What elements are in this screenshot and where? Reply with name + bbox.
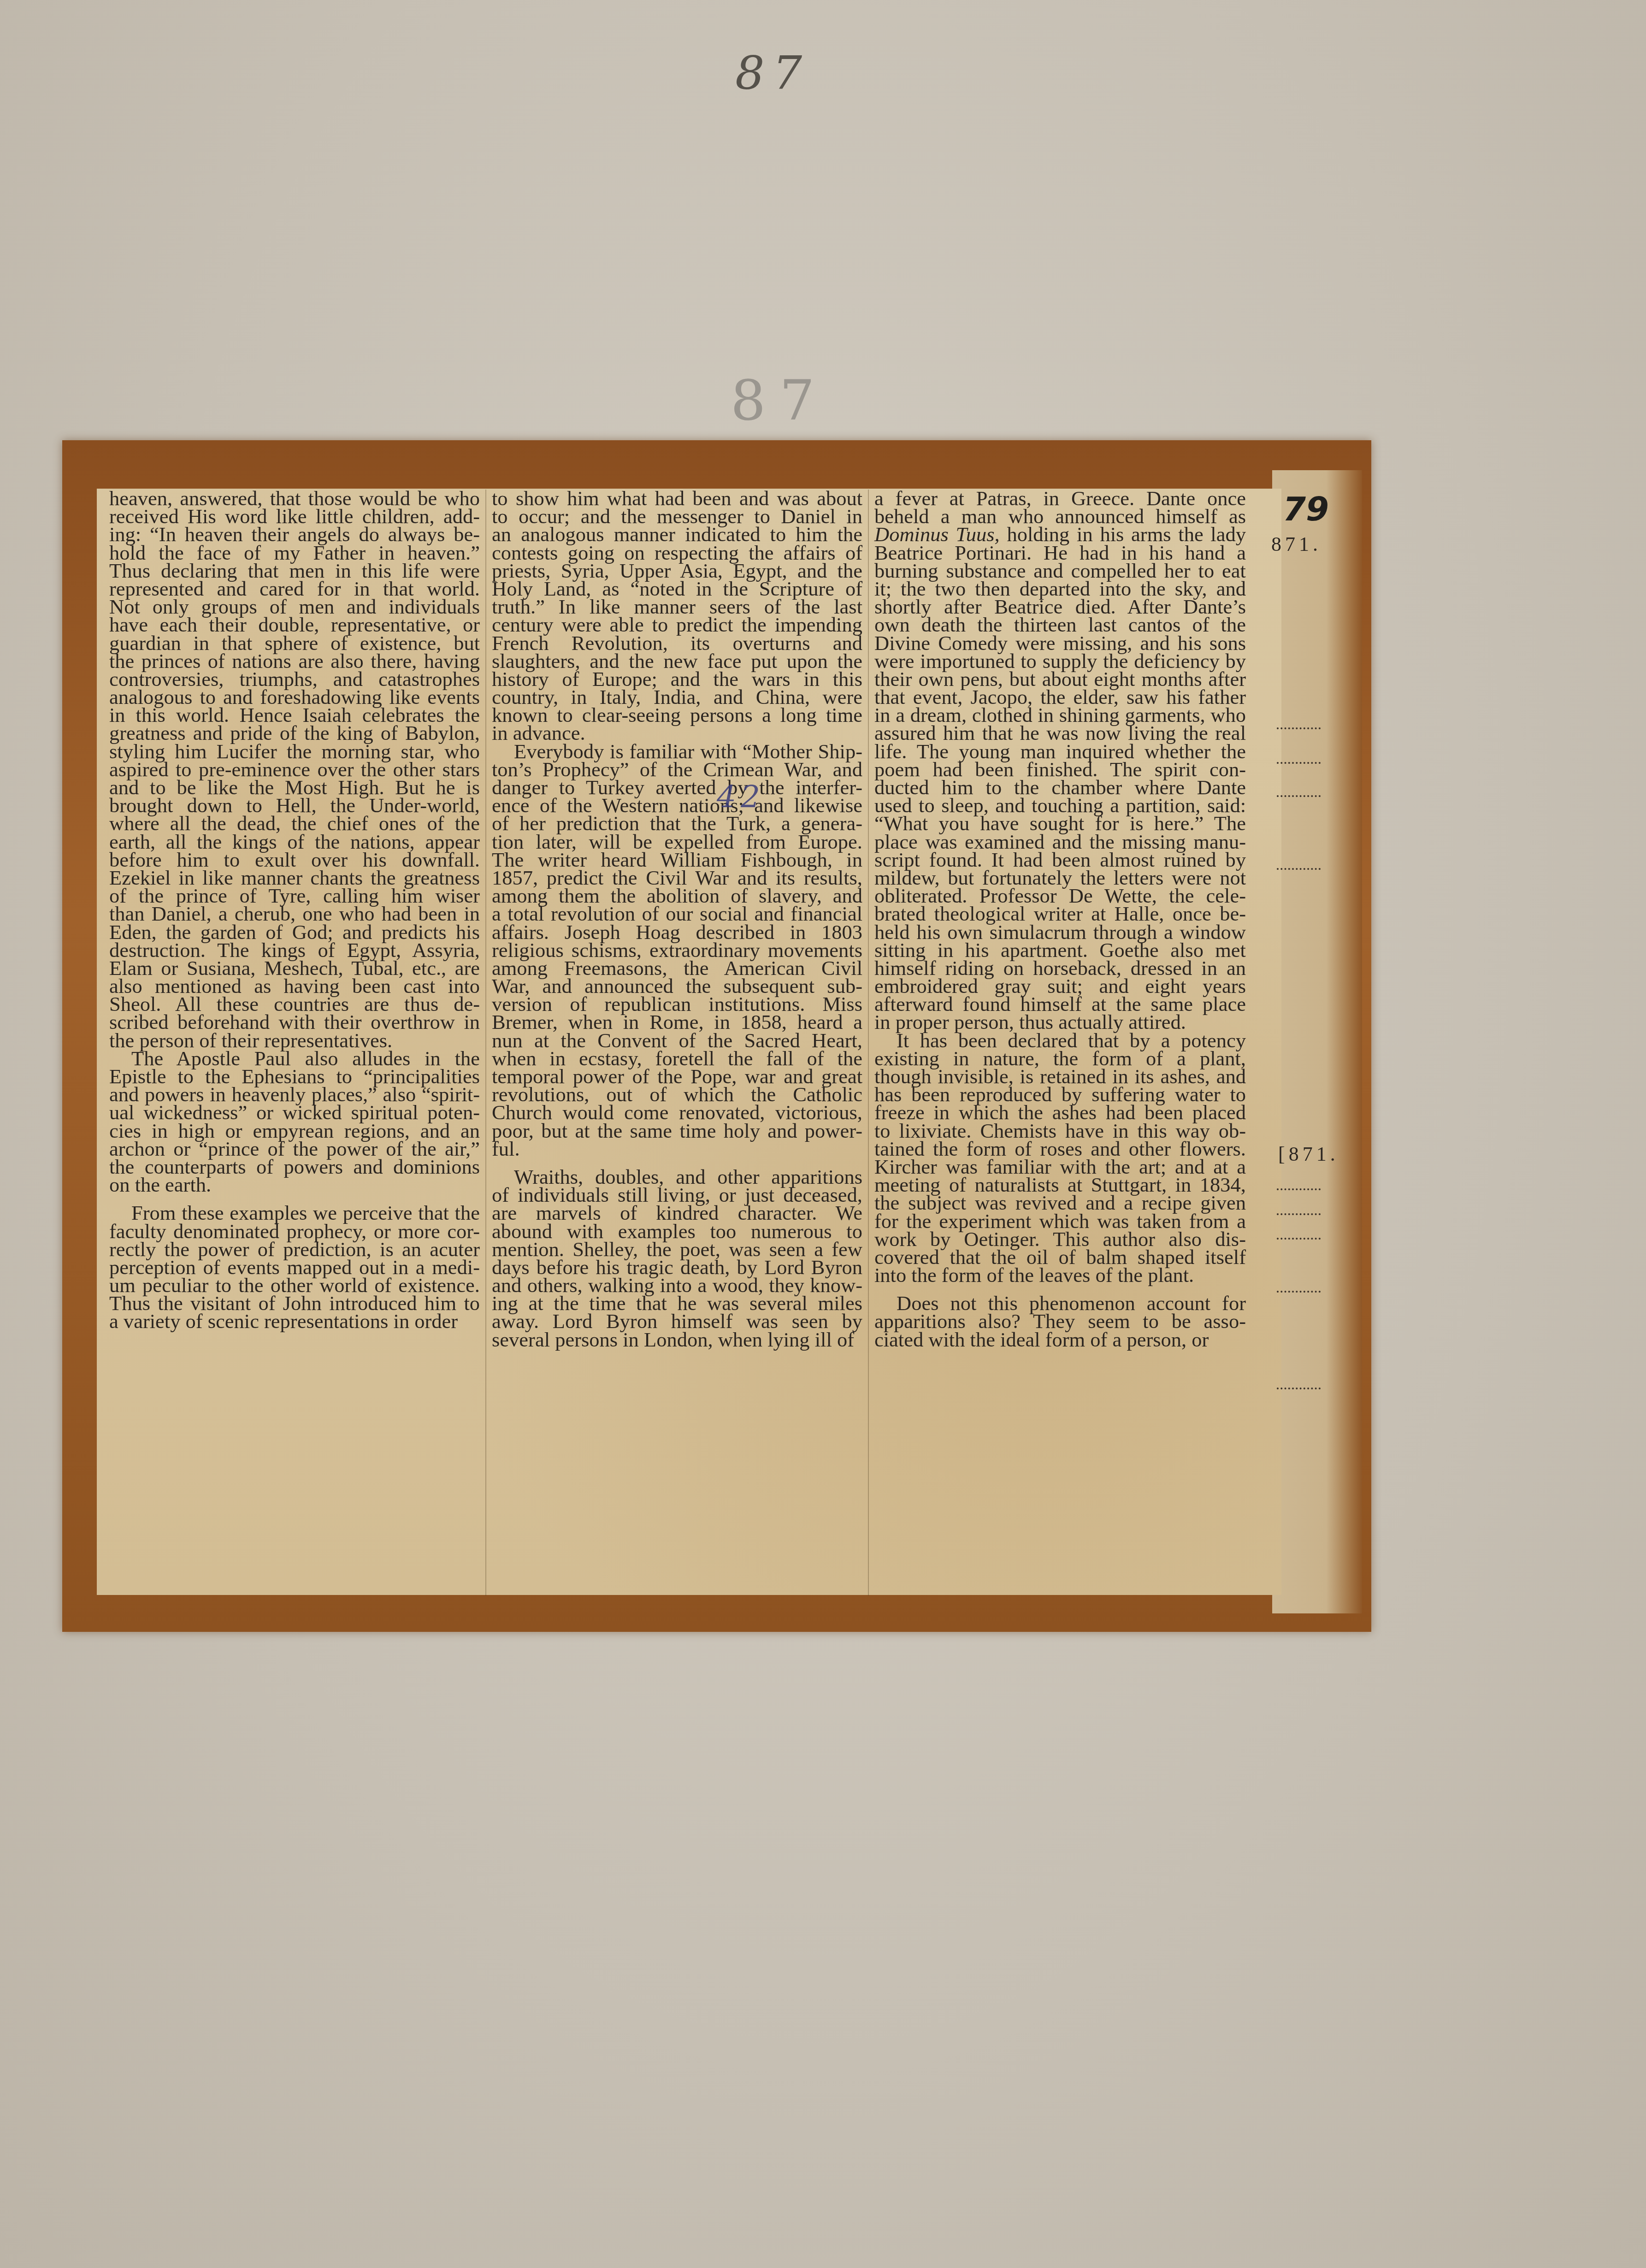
dotted-leader <box>1277 1238 1321 1240</box>
pencil-page-number: 87 <box>735 46 810 100</box>
column-1: heaven, answered, that those would be wh… <box>104 490 486 1596</box>
text-line: into the form of the leaves of the plant… <box>874 1266 1246 1284</box>
dotted-leader <box>1277 1213 1321 1215</box>
text-line: on the earth. <box>109 1176 480 1194</box>
margin-year-mark: 871. <box>1271 532 1322 556</box>
text-line: ciated with the ideal form of a person, … <box>874 1331 1246 1349</box>
margin-strip <box>1272 470 1362 1613</box>
dotted-leader <box>1277 1291 1321 1293</box>
margin-year-mark: [871. <box>1278 1142 1339 1166</box>
column-2: to show him what had been and was aboutt… <box>486 490 869 1596</box>
text-line: ful. <box>492 1140 862 1158</box>
dotted-leader <box>1277 868 1321 870</box>
dotted-leader <box>1277 795 1321 797</box>
text-line: several persons in London, when lying il… <box>492 1331 862 1349</box>
dotted-leader <box>1277 727 1321 729</box>
margin-handwritten-number: 79 <box>1283 490 1329 528</box>
text-line: a variety of scenic representations in o… <box>109 1312 480 1330</box>
handwritten-ink-number: 42 <box>717 779 765 815</box>
dotted-leader <box>1277 1188 1321 1190</box>
faint-pencil-page-number: 87 <box>731 369 829 433</box>
dotted-leader <box>1277 762 1321 764</box>
text-line: poor, but at the same time holy and powe… <box>492 1122 862 1140</box>
column-3: a fever at Patras, in Greece. Dante once… <box>869 490 1251 1596</box>
dotted-leader <box>1277 1388 1321 1389</box>
clipping-columns: heaven, answered, that those would be wh… <box>104 490 1274 1596</box>
